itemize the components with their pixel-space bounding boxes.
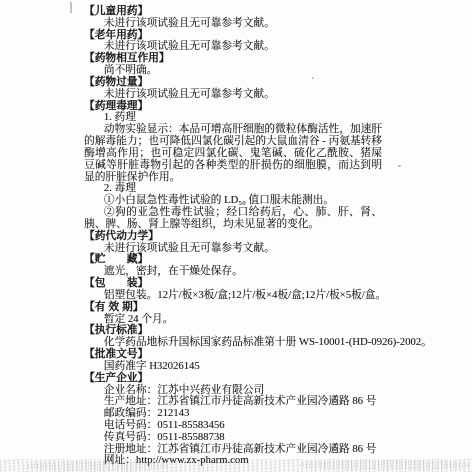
scan-edge-artifact [70, 2, 72, 13]
section-overdose: 【药物过量】未进行该项试验且无可靠参考文献。 [84, 77, 382, 101]
section-pediatric-use: 【儿童用药】未进行该项试验且无可靠参考文献。 [84, 6, 382, 30]
section-heading-validity-period: 【有 效 期】 [84, 302, 382, 314]
scan-speck [312, 77, 314, 79]
section-validity-period: 【有 效 期】暂定 24 个月。 [84, 302, 382, 326]
section-storage: 【贮 藏】遮光，密封，在干燥处保存。 [84, 254, 382, 278]
section-approval-number-line-1: 国药准字 H32026145 [84, 361, 382, 373]
section-pharmacokinetics: 【药代动力学】未进行该项试验且无可靠参考文献。 [84, 231, 382, 255]
section-manufacturer: 【生产企业】企业名称：江苏中兴药业有限公司生产地址：江苏省镇江市丹徒高新技术产业… [84, 373, 382, 468]
section-pharmacology-toxicology-line-2: 动物实验显示：本品可增高肝细胞的微粒体酶活性，加速肝的解毒能力；也可降低四氯化碳… [84, 124, 382, 183]
insert-text-content: 【儿童用药】未进行该项试验且无可靠参考文献。【老年用药】未进行该项试验且无可靠参… [84, 6, 382, 467]
scan-noise-patch [28, 461, 168, 471]
section-drug-interactions: 【药物相互作用】尚不明确。 [84, 53, 382, 77]
scanned-insert-page: 【儿童用药】未进行该项试验且无可靠参考文献。【老年用药】未进行该项试验且无可靠参… [0, 0, 472, 472]
section-heading-manufacturer: 【生产企业】 [84, 373, 382, 385]
scan-speck [398, 165, 401, 167]
scan-noise-patch [300, 460, 470, 470]
section-pediatric-use-line-1: 未进行该项试验且无可靠参考文献。 [84, 18, 382, 30]
section-heading-pharmacokinetics: 【药代动力学】 [84, 231, 382, 243]
section-packaging-line-1: 铝塑包装。12片/板×3板/盒;12片/板×4板/盒;12片/板×5板/盒。 [84, 290, 382, 302]
section-executive-standard: 【执行标准】化学药品地标升国标国家药品标准第十册 WS-10001-(HD-09… [84, 325, 382, 349]
section-pharmacology-toxicology-line-5: ②狗的亚急性毒性试验；经口给药后，心、肺、肝、肾、胰、脾、肠、肾上腺等组织，均未… [84, 207, 382, 231]
section-manufacturer-line-5: 传真号码：0511-85588738 [84, 432, 382, 444]
section-geriatric-use: 【老年用药】未进行该项试验且无可靠参考文献。 [84, 30, 382, 54]
section-approval-number: 【批准文号】国药准字 H32026145 [84, 349, 382, 373]
section-overdose-line-1: 未进行该项试验且无可靠参考文献。 [84, 89, 382, 101]
section-pharmacology-toxicology: 【药理毒理】1. 药理动物实验显示：本品可增高肝细胞的微粒体酶活性，加速肝的解毒… [84, 101, 382, 231]
section-packaging: 【包 装】铝塑包装。12片/板×3板/盒;12片/板×4板/盒;12片/板×5板… [84, 278, 382, 302]
